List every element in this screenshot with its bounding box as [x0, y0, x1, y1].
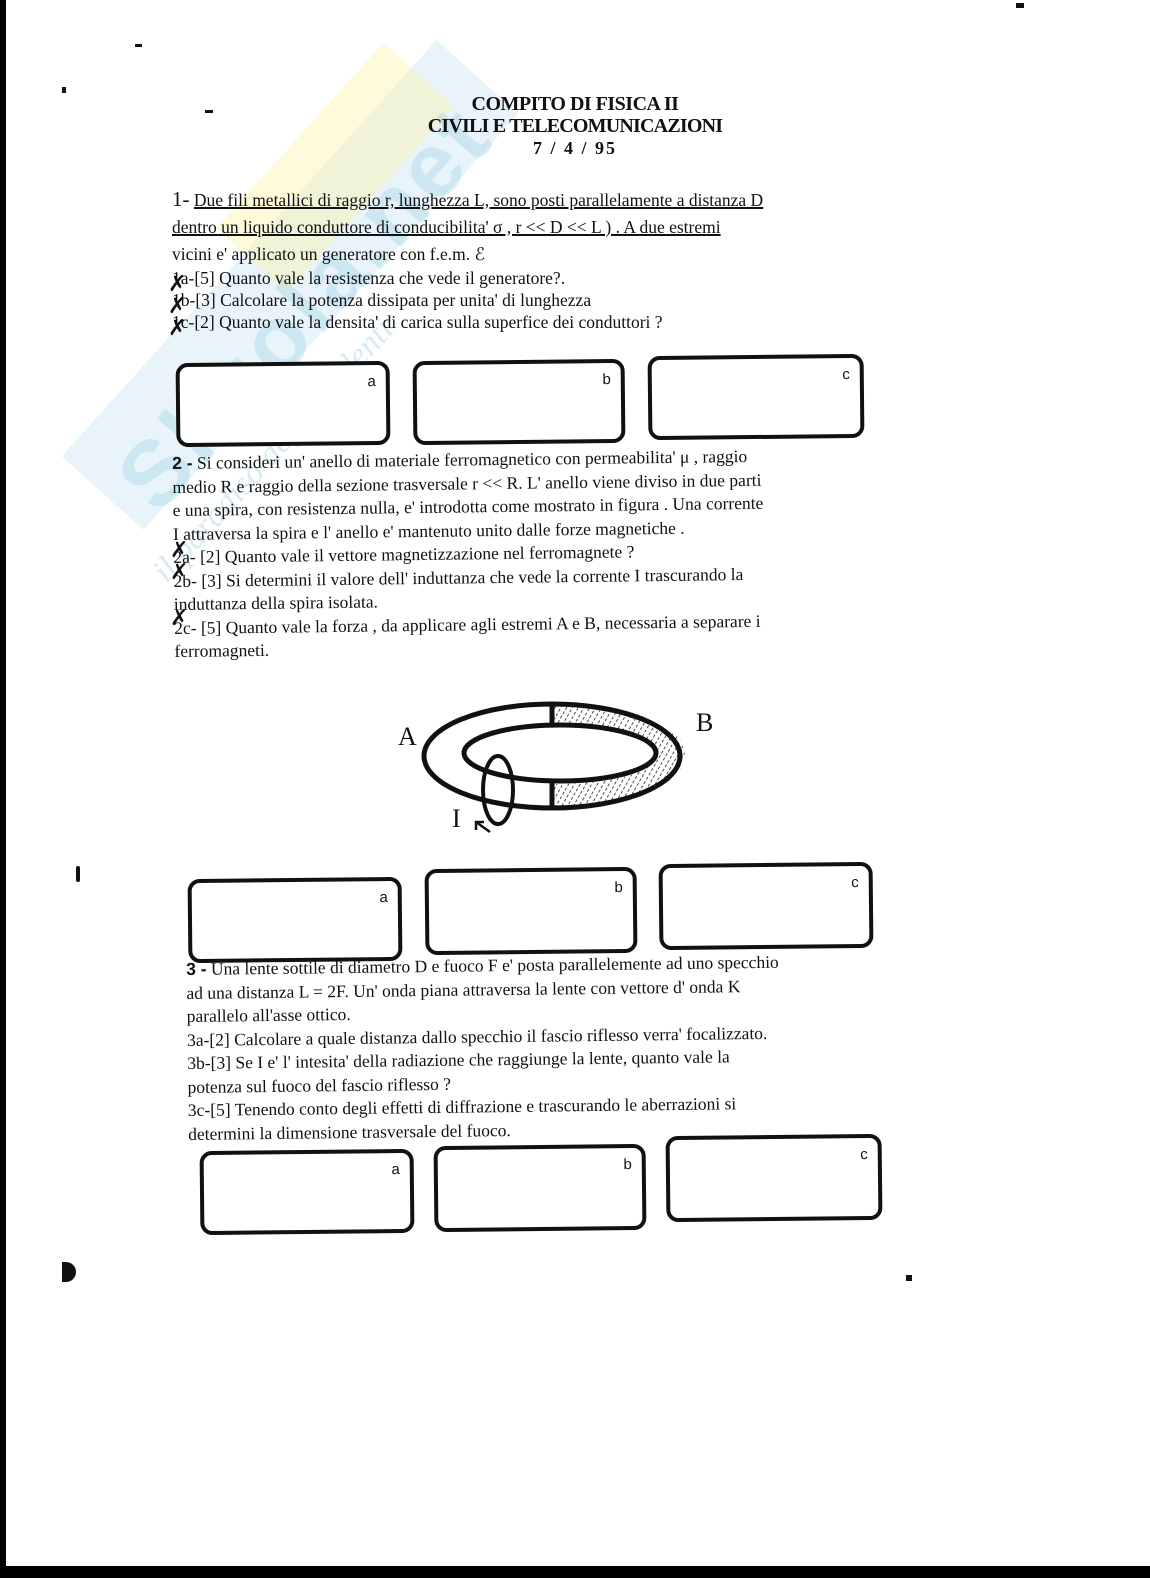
answer-box-2a[interactable]: a	[188, 877, 403, 963]
exam-header: COMPITO DI FISICA II CIVILI E TELECOMUNI…	[395, 93, 755, 159]
question-1b: 1b-[3] Calcolare la potenza dissipata pe…	[172, 289, 763, 311]
handwritten-cross-mark: ✗	[170, 560, 188, 585]
answer-box-label: c	[851, 874, 859, 891]
answer-box-label: b	[623, 1156, 632, 1173]
exam-title: COMPITO DI FISICA II	[395, 93, 755, 115]
answer-box-label: c	[860, 1146, 868, 1163]
answer-box-3a[interactable]: a	[200, 1149, 415, 1235]
answer-box-label: b	[602, 371, 611, 388]
answer-box-3c[interactable]: c	[666, 1134, 883, 1222]
answer-box-label: b	[614, 879, 623, 896]
answer-box-label: a	[379, 889, 388, 906]
problem-1-line-3: vicini e' applicato un generatore con f.…	[172, 243, 763, 267]
scan-speck	[76, 866, 80, 882]
scan-speck	[906, 1275, 912, 1281]
exam-subtitle: CIVILI E TELECOMUNICAZIONI	[395, 115, 755, 137]
figure-label-b: B	[696, 708, 713, 738]
exam-date: 7 / 4 / 95	[395, 137, 755, 159]
scan-speck	[1016, 3, 1024, 8]
answer-box-1a[interactable]: a	[176, 361, 391, 447]
answer-box-2b[interactable]: b	[425, 867, 638, 955]
problem-1-number: 1-	[172, 187, 190, 211]
figure-label-a: A	[398, 722, 417, 752]
figure-label-current: I	[452, 804, 461, 834]
handwritten-cross-mark: ✗	[168, 316, 186, 341]
problem-1-line-2: dentro un liquido conduttore di conducib…	[172, 216, 763, 240]
answer-box-1b[interactable]: b	[413, 359, 626, 445]
answer-box-1c[interactable]: c	[648, 354, 865, 440]
problem-3: 3 - Una lente sottile di diametro D e fu…	[186, 951, 781, 1146]
answer-box-label: a	[391, 1161, 400, 1178]
answer-box-label: a	[367, 373, 376, 390]
problem-1: 1- Due fili metallici di raggio r, lungh…	[172, 188, 763, 333]
answer-box-3b[interactable]: b	[434, 1144, 647, 1232]
answer-box-label: c	[842, 366, 850, 383]
question-1a: 1a-[5] Quanto vale la resistenza che ved…	[172, 267, 763, 289]
scan-speck	[135, 44, 142, 47]
problem-1-line-1: 1- Due fili metallici di raggio r, lungh…	[172, 188, 763, 213]
scan-speck	[205, 110, 213, 113]
handwritten-cross-mark: ✗	[170, 606, 188, 631]
ferromagnetic-ring-diagram	[380, 680, 740, 840]
problem-2-number: 2 -	[172, 453, 193, 473]
problem-2: 2 - Si consideri un' anello di materiale…	[172, 445, 765, 664]
scan-speck	[62, 87, 66, 93]
scan-speck	[62, 1262, 76, 1282]
answer-box-2c[interactable]: c	[659, 862, 874, 950]
ring-figure: A B I	[380, 680, 740, 840]
scan-border-left	[0, 0, 6, 1578]
scan-border-bottom	[0, 1566, 1150, 1578]
problem-3-number: 3 -	[186, 959, 207, 979]
question-1c: 1c-[2] Quanto vale la densita' di carica…	[172, 311, 763, 333]
